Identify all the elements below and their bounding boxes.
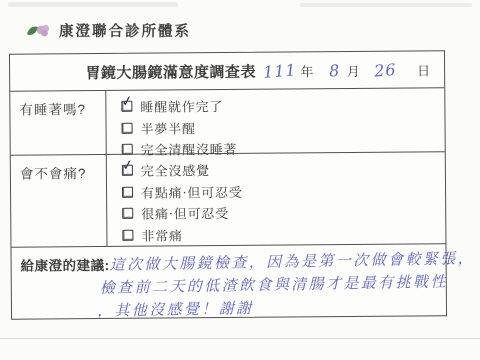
scan-artifact	[8, 2, 178, 7]
suggestion-label: 給康澄的建議:	[21, 254, 110, 275]
option-label: 有點痛‧但可忍受	[141, 182, 243, 202]
option-label: 很痛‧但可忍受	[141, 203, 229, 223]
handwritten-checkmark-icon: ✓	[120, 92, 135, 111]
question-pain-options: ✓ 完全沒感覺 有點痛‧但可忍受 很痛‧但可忍受 非常痛	[122, 159, 243, 246]
month-label: 月	[347, 60, 360, 79]
checkbox-checked: ✓	[122, 165, 133, 176]
question-sleep-label: 有睡著嗎?	[19, 98, 86, 119]
option-label: 非常痛	[141, 225, 183, 244]
checkbox-unchecked	[122, 208, 133, 219]
option-row: 半夢半醒	[121, 116, 237, 138]
day-label: 日	[417, 60, 430, 79]
option-label: 睡醒就作完了	[140, 96, 223, 116]
checkbox-unchecked	[122, 229, 133, 240]
handwritten-suggestion-line: ，其他沒感覺！謝謝	[97, 297, 254, 321]
checkbox-unchecked	[122, 144, 133, 155]
option-row: ✓ 睡醒就作完了	[121, 95, 237, 117]
handwritten-year: 111	[262, 60, 297, 82]
option-row: 很痛‧但可忍受	[122, 202, 243, 224]
option-row: ✓ 完全沒感覺	[122, 159, 243, 181]
survey-form-table: 胃鏡大腸鏡滿意度調查表 111 年 8 月 26 日 有睡著嗎? ✓ 睡醒就作完…	[9, 50, 447, 319]
scan-artifact	[300, 3, 472, 7]
handwritten-day: 26	[373, 59, 397, 80]
handwritten-suggestion-line: 檢查前二天的低渣飲食與清腸才是最有挑戰性	[100, 270, 448, 297]
leaf-and-flower-logo-icon	[26, 22, 52, 39]
checkbox-unchecked	[122, 186, 133, 197]
option-row: 非常痛	[122, 223, 243, 245]
option-row: 有點痛‧但可忍受	[122, 180, 243, 202]
checkbox-checked: ✓	[121, 101, 132, 112]
page-footer-rule	[0, 338, 480, 339]
question-pain-label: 會不會痛?	[20, 162, 87, 183]
option-row: 完全清醒沒睡著	[122, 138, 238, 160]
table-column-divider	[105, 90, 107, 246]
option-label: 完全沒感覺	[141, 160, 210, 180]
handwritten-checkmark-icon: ✓	[120, 156, 135, 175]
form-title-row: 胃鏡大腸鏡滿意度調查表 111 年 8 月 26 日	[10, 51, 444, 90]
clinic-header: 康澄聯合診所體系	[26, 20, 191, 41]
question-sleep-options: ✓ 睡醒就作完了 半夢半醒 完全清醒沒睡著	[121, 95, 237, 160]
checkbox-unchecked	[122, 122, 133, 133]
form-title: 胃鏡大腸鏡滿意度調查表	[85, 60, 256, 82]
year-label: 年	[300, 61, 313, 80]
clinic-name: 康澄聯合診所體系	[59, 20, 191, 41]
handwritten-month: 8	[329, 60, 342, 80]
option-label: 半夢半醒	[140, 118, 195, 137]
option-label: 完全清醒沒睡著	[141, 139, 238, 159]
